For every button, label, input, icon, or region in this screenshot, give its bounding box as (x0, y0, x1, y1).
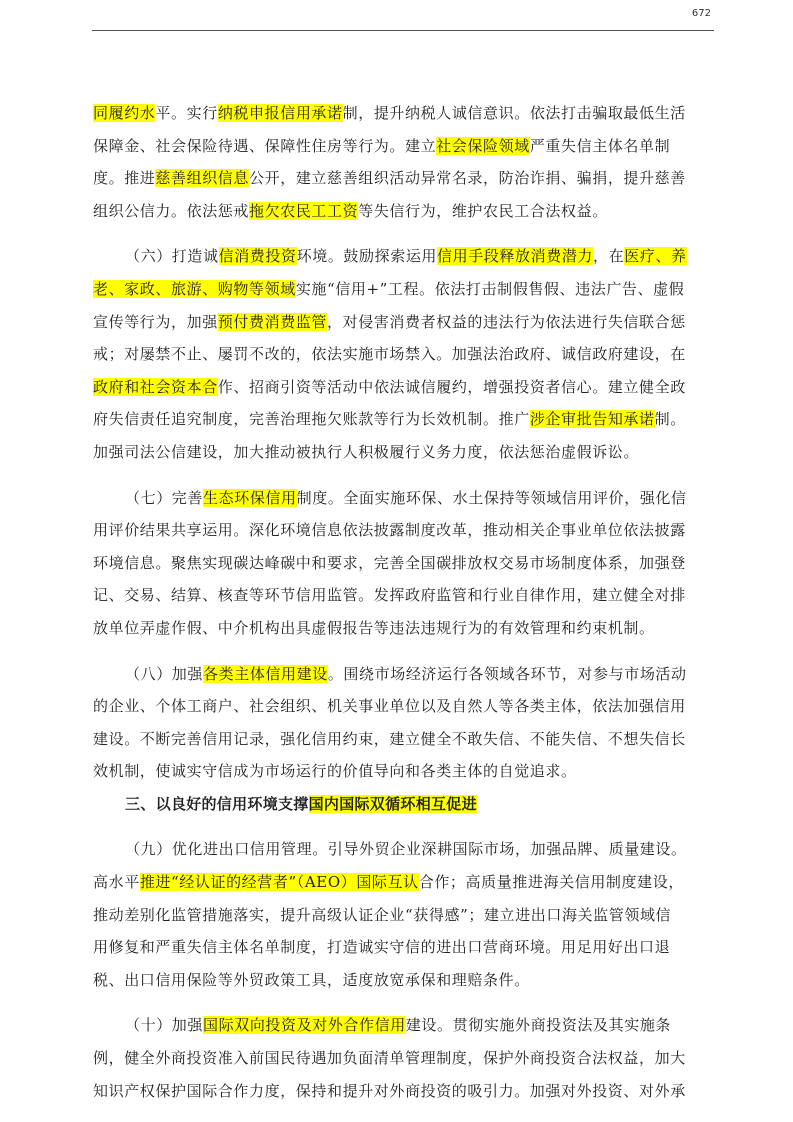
text-run: （十）加强 (125, 1016, 203, 1034)
text-run: 例，健全外商投资准入前国民待遇加负面清单管理制度，保护外商投资合法权益，加大 (93, 1049, 686, 1067)
text-run: （八）加强 (125, 665, 203, 683)
text-line: 度。推进慈善组织信息公开，建立慈善组织活动异常名录，防治诈捐、骗捐，提升慈善 (93, 162, 713, 195)
text-run: 效机制，使诚实守信成为市场运行的价值导向和各类主体的自觉追求。 (93, 762, 577, 780)
text-line: 的企业、个体工商户、社会组织、机关事业单位以及自然人等各类主体，依法加强信用 (93, 690, 713, 723)
spacer (93, 820, 713, 833)
text-line: （七）完善生态环保信用制度。全面实施环保、水土保持等领域信用评价，强化信 (93, 482, 713, 515)
text-line: 推动差别化监管措施落实，提升高级认证企业“获得感”；建立进出口海关监管领域信 (93, 899, 713, 932)
text-run: （六）打造诚 (125, 247, 219, 265)
highlighted-text: 医疗、养 (624, 247, 686, 265)
text-line: 同履约水平。实行纳税申报信用承诺制，提升纳税人诚信意识。依法打击骗取最低生活 (93, 97, 713, 130)
text-run: 合作；高质量推进海关信用制度建设， (419, 873, 684, 891)
text-line: 例，健全外商投资准入前国民待遇加负面清单管理制度，保护外商投资合法权益，加大 (93, 1042, 713, 1075)
document-body: 同履约水平。实行纳税申报信用承诺制，提升纳税人诚信意识。依法打击骗取最低生活保障… (93, 97, 713, 1107)
text-run: （九）优化进出口信用管理。引导外贸企业深耕国际市场，加强品牌、质量建设。 (125, 840, 687, 858)
text-line: （八）加强各类主体信用建设。围绕市场经济运行各领域各环节，对参与市场活动 (93, 658, 713, 691)
spacer (93, 645, 713, 658)
text-run: 知识产权保护国际合作力度，保持和提升对外商投资的吸引力。加强对外投资、对外承 (93, 1082, 686, 1100)
highlighted-text: 推进“经认证的经营者”（AEO）国际互认 (140, 873, 419, 891)
highlighted-text: 生态环保信用 (203, 489, 297, 507)
text-run: 作、招商引资等活动中依法诚信履约，增强投资者信心。建立健全政 (218, 378, 686, 396)
text-run: 用修复和严重失信主体名单制度，打造诚实守信的进出口营商环境。用足用好出口退 (93, 938, 670, 956)
text-run: 府失信责任追究制度，完善治理拖欠账款等行为长效机制。推广 (93, 410, 530, 428)
text-run: （七）完善 (125, 489, 203, 507)
highlighted-text: 社会保险领域 (436, 137, 530, 155)
text-run: 制度。全面实施环保、水土保持等领域信用评价，强化信 (297, 489, 687, 507)
text-run: 组织公信力。依法惩戒 (93, 202, 249, 220)
highlighted-text: 纳税申报信用承诺 (218, 104, 343, 122)
text-line: 宣传等行为，加强预付费消费监管，对侵害消费者权益的违法行为依法进行失信联合惩 (93, 306, 713, 339)
text-line: 记、交易、结算、核查等环节信用监管。发挥政府监管和行业自律作用，建立健全对排 (93, 579, 713, 612)
paragraph-p6: （六）打造诚信消费投资环境。鼓励探索运用信用手段释放消费潜力，在医疗、养老、家政… (93, 240, 713, 468)
paragraph-p7: （七）完善生态环保信用制度。全面实施环保、水土保持等领域信用评价，强化信用评价结… (93, 482, 713, 645)
text-run: 。围绕市场经济运行各领域各环节，对参与市场活动 (328, 665, 687, 683)
text-run: 保障金、社会保险待遇、保障性住房等行为。建立 (93, 137, 436, 155)
text-run: 公开，建立慈善组织活动异常名录，防治诈捐、骗捐，提升慈善 (249, 169, 686, 187)
highlighted-text: 同履约水 (93, 104, 155, 122)
text-line: 用修复和严重失信主体名单制度，打造诚实守信的进出口营商环境。用足用好出口退 (93, 931, 713, 964)
header-rule (92, 30, 714, 31)
paragraph-group-2: （九）优化进出口信用管理。引导外贸企业深耕国际市场，加强品牌、质量建设。高水平推… (93, 833, 713, 1107)
highlighted-text: 信用手段释放消费潜力 (437, 247, 593, 265)
text-line: 知识产权保护国际合作力度，保持和提升对外商投资的吸引力。加强对外投资、对外承 (93, 1075, 713, 1108)
spacer (93, 996, 713, 1009)
text-line: 建设。不断完善信用记录，强化信用约束，建立健全不敢失信、不能失信、不想失信长 (93, 723, 713, 756)
text-run: 加强司法公信建设，加大推动被执行人积极履行义务力度，依法惩治虚假诉讼。 (93, 443, 639, 461)
text-run: 放单位弄虚作假、中介机构出具虚假报告等违法违规行为的有效管理和约束机制。 (93, 619, 655, 637)
text-run: 税、出口信用保险等外贸政策工具，适度放宽承保和理赔条件。 (93, 971, 530, 989)
text-line: 税、出口信用保险等外贸政策工具，适度放宽承保和理赔条件。 (93, 964, 713, 997)
paragraph-p8: （八）加强各类主体信用建设。围绕市场经济运行各领域各环节，对参与市场活动的企业、… (93, 658, 713, 788)
highlighted-text: 慈善组织信息 (155, 169, 249, 187)
text-run: 三、以良好的信用环境支撑 (125, 795, 309, 813)
text-run: ，对侵害消费者权益的违法行为依法进行失信联合惩 (327, 313, 686, 331)
text-line: 戒；对屡禁不止、屡罚不改的，依法实施市场禁入。加强法治政府、诚信政府建设，在 (93, 338, 713, 371)
text-run: 的企业、个体工商户、社会组织、机关事业单位以及自然人等各类主体，依法加强信用 (93, 697, 686, 715)
text-run: 度。推进 (93, 169, 155, 187)
text-run: 制。 (655, 410, 686, 428)
text-line: 效机制，使诚实守信成为市场运行的价值导向和各类主体的自觉追求。 (93, 755, 713, 788)
text-run: 推动差别化监管措施落实，提升高级认证企业“获得感”；建立进出口海关监管领域信 (93, 906, 671, 924)
text-run: 用评价结果共享运用。深化环境信息依法披露制度改革，推动相关企事业单位依法披露 (93, 521, 686, 539)
text-run: 环境信息。聚焦实现碳达峰碳中和要求，完善全国碳排放权交易市场制度体系，加强登 (93, 554, 686, 572)
text-line: 府失信责任追究制度，完善治理拖欠账款等行为长效机制。推广涉企审批告知承诺制。 (93, 403, 713, 436)
text-line: 组织公信力。依法惩戒拖欠农民工工资等失信行为，维护农民工合法权益。 (93, 195, 713, 228)
text-run: 制，提升纳税人诚信意识。依法打击骗取最低生活 (343, 104, 686, 122)
text-run: 严重失信主体名单制 (530, 137, 670, 155)
text-line: （九）优化进出口信用管理。引导外贸企业深耕国际市场，加强品牌、质量建设。 (93, 833, 713, 866)
highlighted-text: 涉企审批告知承诺 (530, 410, 655, 428)
text-line: 环境信息。聚焦实现碳达峰碳中和要求，完善全国碳排放权交易市场制度体系，加强登 (93, 547, 713, 580)
text-line: 用评价结果共享运用。深化环境信息依法披露制度改革，推动相关企事业单位依法披露 (93, 514, 713, 547)
text-line: 放单位弄虚作假、中介机构出具虚假报告等违法违规行为的有效管理和约束机制。 (93, 612, 713, 645)
text-run: 实施“信用+”工程。依法打击制假售假、违法广告、虚假 (296, 280, 685, 298)
text-line: 加强司法公信建设，加大推动被执行人积极履行义务力度，依法惩治虚假诉讼。 (93, 436, 713, 469)
text-run: 高水平 (93, 873, 140, 891)
text-run: ，在 (593, 247, 624, 265)
highlighted-text: 信消费投资 (219, 247, 297, 265)
highlighted-text: 国内国际双循环相互促进 (309, 795, 477, 813)
text-run: 环境。鼓励探索运用 (297, 247, 437, 265)
page-number: 672 (692, 8, 711, 19)
paragraph-group-1: 同履约水平。实行纳税申报信用承诺制，提升纳税人诚信意识。依法打击骗取最低生活保障… (93, 97, 713, 788)
paragraph-p10: （十）加强国际双向投资及对外合作信用建设。贯彻实施外商投资法及其实施条例，健全外… (93, 1009, 713, 1107)
text-run: 建设。贯彻实施外商投资法及其实施条 (406, 1016, 671, 1034)
spacer (93, 227, 713, 240)
text-run: 建设。不断完善信用记录，强化信用约束，建立健全不敢失信、不能失信、不想失信长 (93, 730, 686, 748)
highlighted-text: 老、家政、旅游、购物等领域 (93, 280, 296, 298)
text-line: 政府和社会资本合作、招商引资等活动中依法诚信履约，增强投资者信心。建立健全政 (93, 371, 713, 404)
spacer (93, 469, 713, 482)
paragraph-p9: （九）优化进出口信用管理。引导外贸企业深耕国际市场，加强品牌、质量建设。高水平推… (93, 833, 713, 996)
text-line: 保障金、社会保险待遇、保障性住房等行为。建立社会保险领域严重失信主体名单制 (93, 130, 713, 163)
highlighted-text: 政府和社会资本合 (93, 378, 218, 396)
text-run: 戒；对屡禁不止、屡罚不改的，依法实施市场禁入。加强法治政府、诚信政府建设，在 (93, 345, 686, 363)
text-line: （六）打造诚信消费投资环境。鼓励探索运用信用手段释放消费潜力，在医疗、养 (93, 240, 713, 273)
text-run: 等失信行为，维护农民工合法权益。 (358, 202, 608, 220)
paragraph-p0: 同履约水平。实行纳税申报信用承诺制，提升纳税人诚信意识。依法打击骗取最低生活保障… (93, 97, 713, 227)
text-run: 记、交易、结算、核查等环节信用监管。发挥政府监管和行业自律作用，建立健全对排 (93, 586, 686, 604)
highlighted-text: 预付费消费监管 (218, 313, 327, 331)
text-run: 平。实行 (155, 104, 217, 122)
section-heading: 三、以良好的信用环境支撑国内国际双循环相互促进 (93, 788, 713, 821)
highlighted-text: 拖欠农民工工资 (249, 202, 358, 220)
highlighted-text: 各类主体信用建设 (203, 665, 328, 683)
text-line: 高水平推进“经认证的经营者”（AEO）国际互认合作；高质量推进海关信用制度建设， (93, 866, 713, 899)
text-run: 宣传等行为，加强 (93, 313, 218, 331)
text-line: 老、家政、旅游、购物等领域实施“信用+”工程。依法打击制假售假、违法广告、虚假 (93, 273, 713, 306)
text-line: （十）加强国际双向投资及对外合作信用建设。贯彻实施外商投资法及其实施条 (93, 1009, 713, 1042)
highlighted-text: 国际双向投资及对外合作信用 (203, 1016, 406, 1034)
